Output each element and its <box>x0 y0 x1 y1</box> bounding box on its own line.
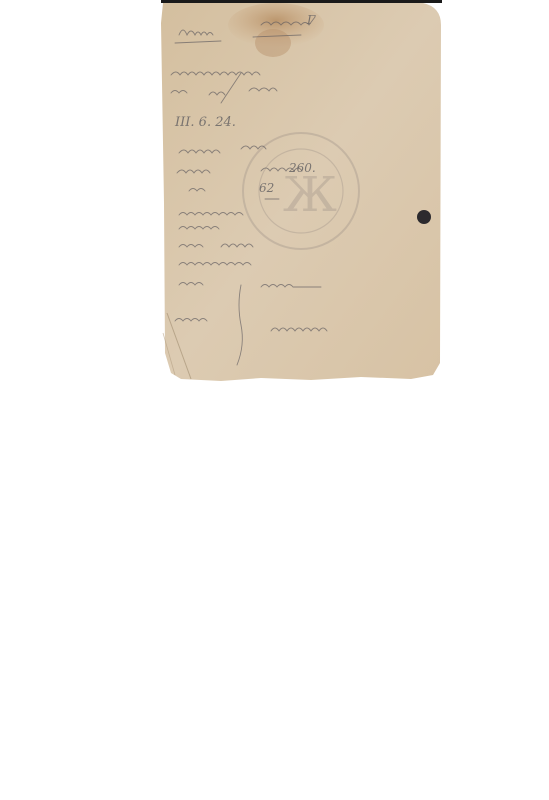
handwritten-heading-suffix: Γ <box>307 13 315 27</box>
handwritten-value-2: 62 <box>259 181 274 195</box>
paper-texture: Ж <box>161 3 444 383</box>
handwritten-date: III. 6. 24. <box>175 115 236 130</box>
punch-hole <box>417 210 431 224</box>
handwritten-value-1: 260. <box>289 161 316 175</box>
svg-text:Ж: Ж <box>283 167 337 223</box>
document-page: Ж III. 6. 24. 260. 62 Γ <box>161 3 444 383</box>
